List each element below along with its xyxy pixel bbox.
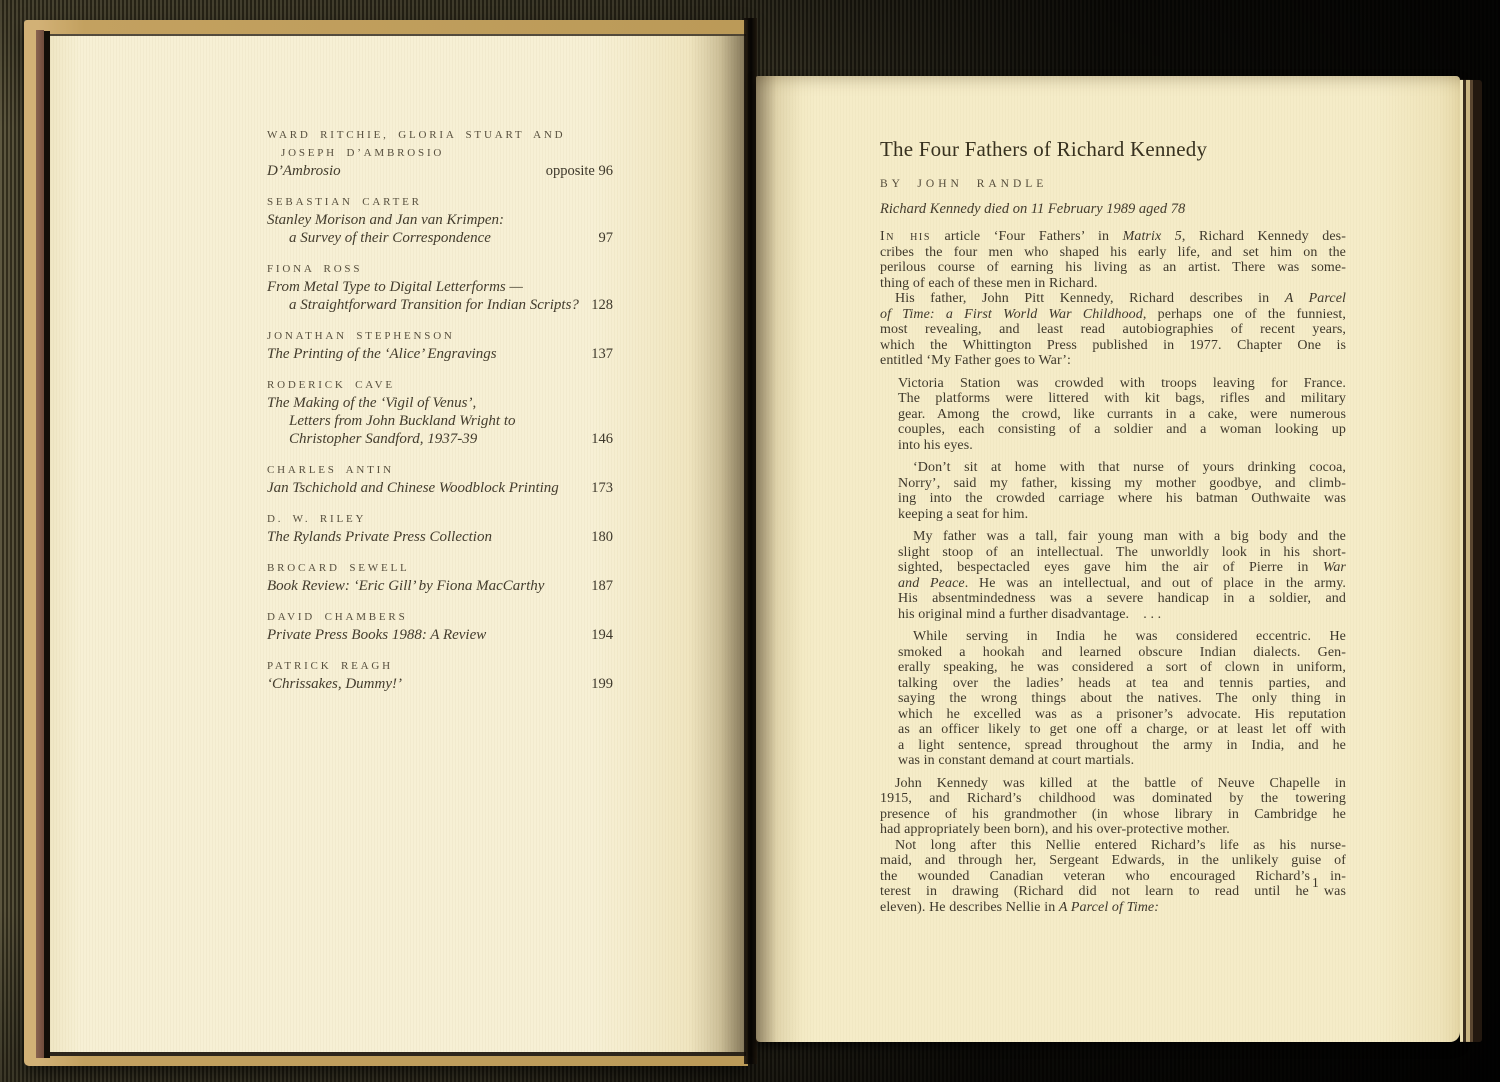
toc-page-number: opposite 96 xyxy=(538,162,613,180)
toc-title-line: a Survey of their Correspondence97 xyxy=(267,229,613,247)
toc-title-text: The Rylands Private Press Collection xyxy=(267,528,492,546)
body-paragraph: In his article ‘Four Fathers’ in Matrix … xyxy=(880,229,1346,291)
toc-page-number: 194 xyxy=(583,626,613,644)
toc-entry: SEBASTIAN CARTERStanley Morison and Jan … xyxy=(267,193,613,247)
toc-title-text: Book Review: ‘Eric Gill’ by Fiona MacCar… xyxy=(267,577,544,595)
text-line: which he excelled was as a prisoner’s ad… xyxy=(898,707,1346,723)
toc-title-text: Private Press Books 1988: A Review xyxy=(267,626,486,644)
page-number: 1 xyxy=(1312,875,1319,891)
article-dateline: Richard Kennedy died on 11 February 1989… xyxy=(880,201,1346,218)
page-edge-stack xyxy=(1460,80,1482,1042)
block-quote-paragraph: ‘Don’t sit at home with that nurse of yo… xyxy=(898,460,1346,522)
text-line: most revealing, and least read autobiogr… xyxy=(880,322,1346,338)
text-line: John Kennedy was killed at the battle of… xyxy=(880,776,1346,792)
toc-title-text: Jan Tschichold and Chinese Woodblock Pri… xyxy=(267,479,559,497)
text-line: talking over the ladies’ heads at tea an… xyxy=(898,676,1346,692)
text-line: into his eyes. xyxy=(898,438,1346,454)
text-line: a light sentence, spread throughout the … xyxy=(898,738,1346,754)
text-line: While serving in India he was considered… xyxy=(898,629,1346,645)
toc-title-line: From Metal Type to Digital Letterforms — xyxy=(267,278,613,296)
text-line: ‘Don’t sit at home with that nurse of yo… xyxy=(898,460,1346,476)
toc-entry: D. W. RILEYThe Rylands Private Press Col… xyxy=(267,510,613,546)
toc-entry: WARD RITCHIE, GLORIA STUART ANDJOSEPH D’… xyxy=(267,126,613,180)
toc-title-line: ‘Chrissakes, Dummy!’199 xyxy=(267,675,613,693)
toc-page-number: 137 xyxy=(583,345,613,363)
text-line: slight stoop of an intellectual. The unw… xyxy=(898,545,1346,561)
toc-author-line: PATRICK REAGH xyxy=(267,657,613,675)
right-page: The Four Fathers of Richard Kennedy BY J… xyxy=(756,76,1460,1042)
text-line: his original mind a further disadvantage… xyxy=(898,607,1346,623)
toc-title-line: Book Review: ‘Eric Gill’ by Fiona MacCar… xyxy=(267,577,613,595)
left-page: WARD RITCHIE, GLORIA STUART ANDJOSEPH D’… xyxy=(50,34,746,1056)
text-line: the wounded Canadian veteran who encoura… xyxy=(880,869,1346,885)
toc-page-number: 97 xyxy=(591,229,614,247)
toc-title-text: From Metal Type to Digital Letterforms — xyxy=(267,279,523,295)
block-quote-paragraph: Victoria Station was crowded with troops… xyxy=(898,376,1346,454)
text-line: His absentmindedness was a severe handic… xyxy=(898,591,1346,607)
toc-author-line: D. W. RILEY xyxy=(267,510,613,528)
text-line: thing of each of these men in Richard. xyxy=(880,276,1346,292)
toc-title-text: The Printing of the ‘Alice’ Engravings xyxy=(267,345,497,363)
article: The Four Fathers of Richard Kennedy BY J… xyxy=(880,136,1346,915)
text-line: The platforms were littered with kit bag… xyxy=(898,391,1346,407)
toc-title-line: D’Ambrosioopposite 96 xyxy=(267,162,613,180)
toc-title-text: a Survey of their Correspondence xyxy=(289,229,491,247)
text-line: which the Whittington Press published in… xyxy=(880,338,1346,354)
toc-title-text: a Straightforward Transition for Indian … xyxy=(289,296,579,314)
text-line: of Time: a First World War Childhood, pe… xyxy=(880,307,1346,323)
endpaper-edge xyxy=(36,30,44,1058)
text-line: smoked a hookah and learned obscure Indi… xyxy=(898,645,1346,661)
text-line: terest in drawing (Richard did not learn… xyxy=(880,884,1346,900)
text-line: couples, each consisting of a soldier an… xyxy=(898,422,1346,438)
toc-title-line: Christopher Sandford, 1937-39146 xyxy=(267,430,613,448)
toc-author-line: RODERICK CAVE xyxy=(267,376,613,394)
text-line: keeping a seat for him. xyxy=(898,507,1346,523)
text-line: saying the wrong things about the native… xyxy=(898,691,1346,707)
text-line: had appropriately been born), and his ov… xyxy=(880,822,1346,838)
toc-entry: PATRICK REAGH‘Chrissakes, Dummy!’199 xyxy=(267,657,613,693)
text-line: My father was a tall, fair young man wit… xyxy=(898,529,1346,545)
toc-author-line: WARD RITCHIE, GLORIA STUART AND xyxy=(267,126,613,144)
toc-entry: FIONA ROSSFrom Metal Type to Digital Let… xyxy=(267,260,613,314)
toc-entry: BROCARD SEWELLBook Review: ‘Eric Gill’ b… xyxy=(267,559,613,595)
toc-author-line: SEBASTIAN CARTER xyxy=(267,193,613,211)
toc-author-line: FIONA ROSS xyxy=(267,260,613,278)
toc-author-line: JOSEPH D’AMBROSIO xyxy=(267,144,613,162)
toc-page-number: 199 xyxy=(583,675,613,693)
toc-author-line: DAVID CHAMBERS xyxy=(267,608,613,626)
toc-entry: RODERICK CAVEThe Making of the ‘Vigil of… xyxy=(267,376,613,448)
text-line: and Peace. He was an intellectual, and o… xyxy=(898,576,1346,592)
toc-title-text: ‘Chrissakes, Dummy!’ xyxy=(267,675,402,693)
toc-title-line: Jan Tschichold and Chinese Woodblock Pri… xyxy=(267,479,613,497)
toc-title-line: The Rylands Private Press Collection180 xyxy=(267,528,613,546)
article-title: The Four Fathers of Richard Kennedy xyxy=(880,136,1346,162)
toc-list: WARD RITCHIE, GLORIA STUART ANDJOSEPH D’… xyxy=(267,126,613,706)
toc-entry: DAVID CHAMBERSPrivate Press Books 1988: … xyxy=(267,608,613,644)
toc-author-line: CHARLES ANTIN xyxy=(267,461,613,479)
toc-title-text: Letters from John Buckland Wright to xyxy=(289,413,516,429)
text-line: erally speaking, he was considered a sor… xyxy=(898,660,1346,676)
toc-page-number: 173 xyxy=(583,479,613,497)
text-line: Norry’, said my father, kissing my mothe… xyxy=(898,476,1346,492)
toc-title-line: Stanley Morison and Jan van Krimpen: xyxy=(267,211,613,229)
text-line: eleven). He describes Nellie in A Parcel… xyxy=(880,900,1346,916)
text-line: maid, and through her, Sergeant Edwards,… xyxy=(880,853,1346,869)
text-line: cribes the four men who shaped his early… xyxy=(880,245,1346,261)
text-line: ing into the crowded carriage where his … xyxy=(898,491,1346,507)
text-line: His father, John Pitt Kennedy, Richard d… xyxy=(880,291,1346,307)
toc-title-line: a Straightforward Transition for Indian … xyxy=(267,296,613,314)
body-paragraph: His father, John Pitt Kennedy, Richard d… xyxy=(880,291,1346,369)
text-line: was in constant demand at court martials… xyxy=(898,753,1346,769)
block-quote-paragraph: My father was a tall, fair young man wit… xyxy=(898,529,1346,622)
text-line: Victoria Station was crowded with troops… xyxy=(898,376,1346,392)
text-line: as an officer likely to get one off a ch… xyxy=(898,722,1346,738)
article-byline: BY JOHN RANDLE xyxy=(880,178,1346,190)
toc-author-line: JONATHAN STEPHENSON xyxy=(267,327,613,345)
toc-title-text: The Making of the ‘Vigil of Venus’, xyxy=(267,395,476,411)
toc-page-number: 146 xyxy=(583,430,613,448)
text-line: 1915, and Richard’s childhood was domina… xyxy=(880,791,1346,807)
toc-entry: JONATHAN STEPHENSONThe Printing of the ‘… xyxy=(267,327,613,363)
toc-page-number: 180 xyxy=(583,528,613,546)
text-line: entitled ‘My Father goes to War’: xyxy=(880,353,1346,369)
toc-page-number: 187 xyxy=(583,577,613,595)
toc-author-line: BROCARD SEWELL xyxy=(267,559,613,577)
book-photograph: WARD RITCHIE, GLORIA STUART ANDJOSEPH D’… xyxy=(0,0,1500,1082)
text-line: presence of his grandmother (in whose li… xyxy=(880,807,1346,823)
toc-title-text: Christopher Sandford, 1937-39 xyxy=(289,430,477,448)
article-paragraphs: In his article ‘Four Fathers’ in Matrix … xyxy=(880,229,1346,915)
toc-page-number: 128 xyxy=(583,296,613,314)
toc-title-text: D’Ambrosio xyxy=(267,162,341,180)
text-line: perilous course of earning his living as… xyxy=(880,260,1346,276)
toc-title-line: Private Press Books 1988: A Review194 xyxy=(267,626,613,644)
toc-title-line: The Printing of the ‘Alice’ Engravings13… xyxy=(267,345,613,363)
text-line: sighted, bespectacled eyes gave him the … xyxy=(898,560,1346,576)
text-line: Not long after this Nellie entered Richa… xyxy=(880,838,1346,854)
text-line: In his article ‘Four Fathers’ in Matrix … xyxy=(880,229,1346,245)
text-line: gear. Among the crowd, like currants in … xyxy=(898,407,1346,423)
body-paragraph: John Kennedy was killed at the battle of… xyxy=(880,776,1346,838)
toc-entry: CHARLES ANTINJan Tschichold and Chinese … xyxy=(267,461,613,497)
block-quote-paragraph: While serving in India he was considered… xyxy=(898,629,1346,769)
toc-title-line: The Making of the ‘Vigil of Venus’, xyxy=(267,394,613,412)
toc-title-line: Letters from John Buckland Wright to xyxy=(267,412,613,430)
body-paragraph: Not long after this Nellie entered Richa… xyxy=(880,838,1346,916)
toc-title-text: Stanley Morison and Jan van Krimpen: xyxy=(267,212,504,228)
